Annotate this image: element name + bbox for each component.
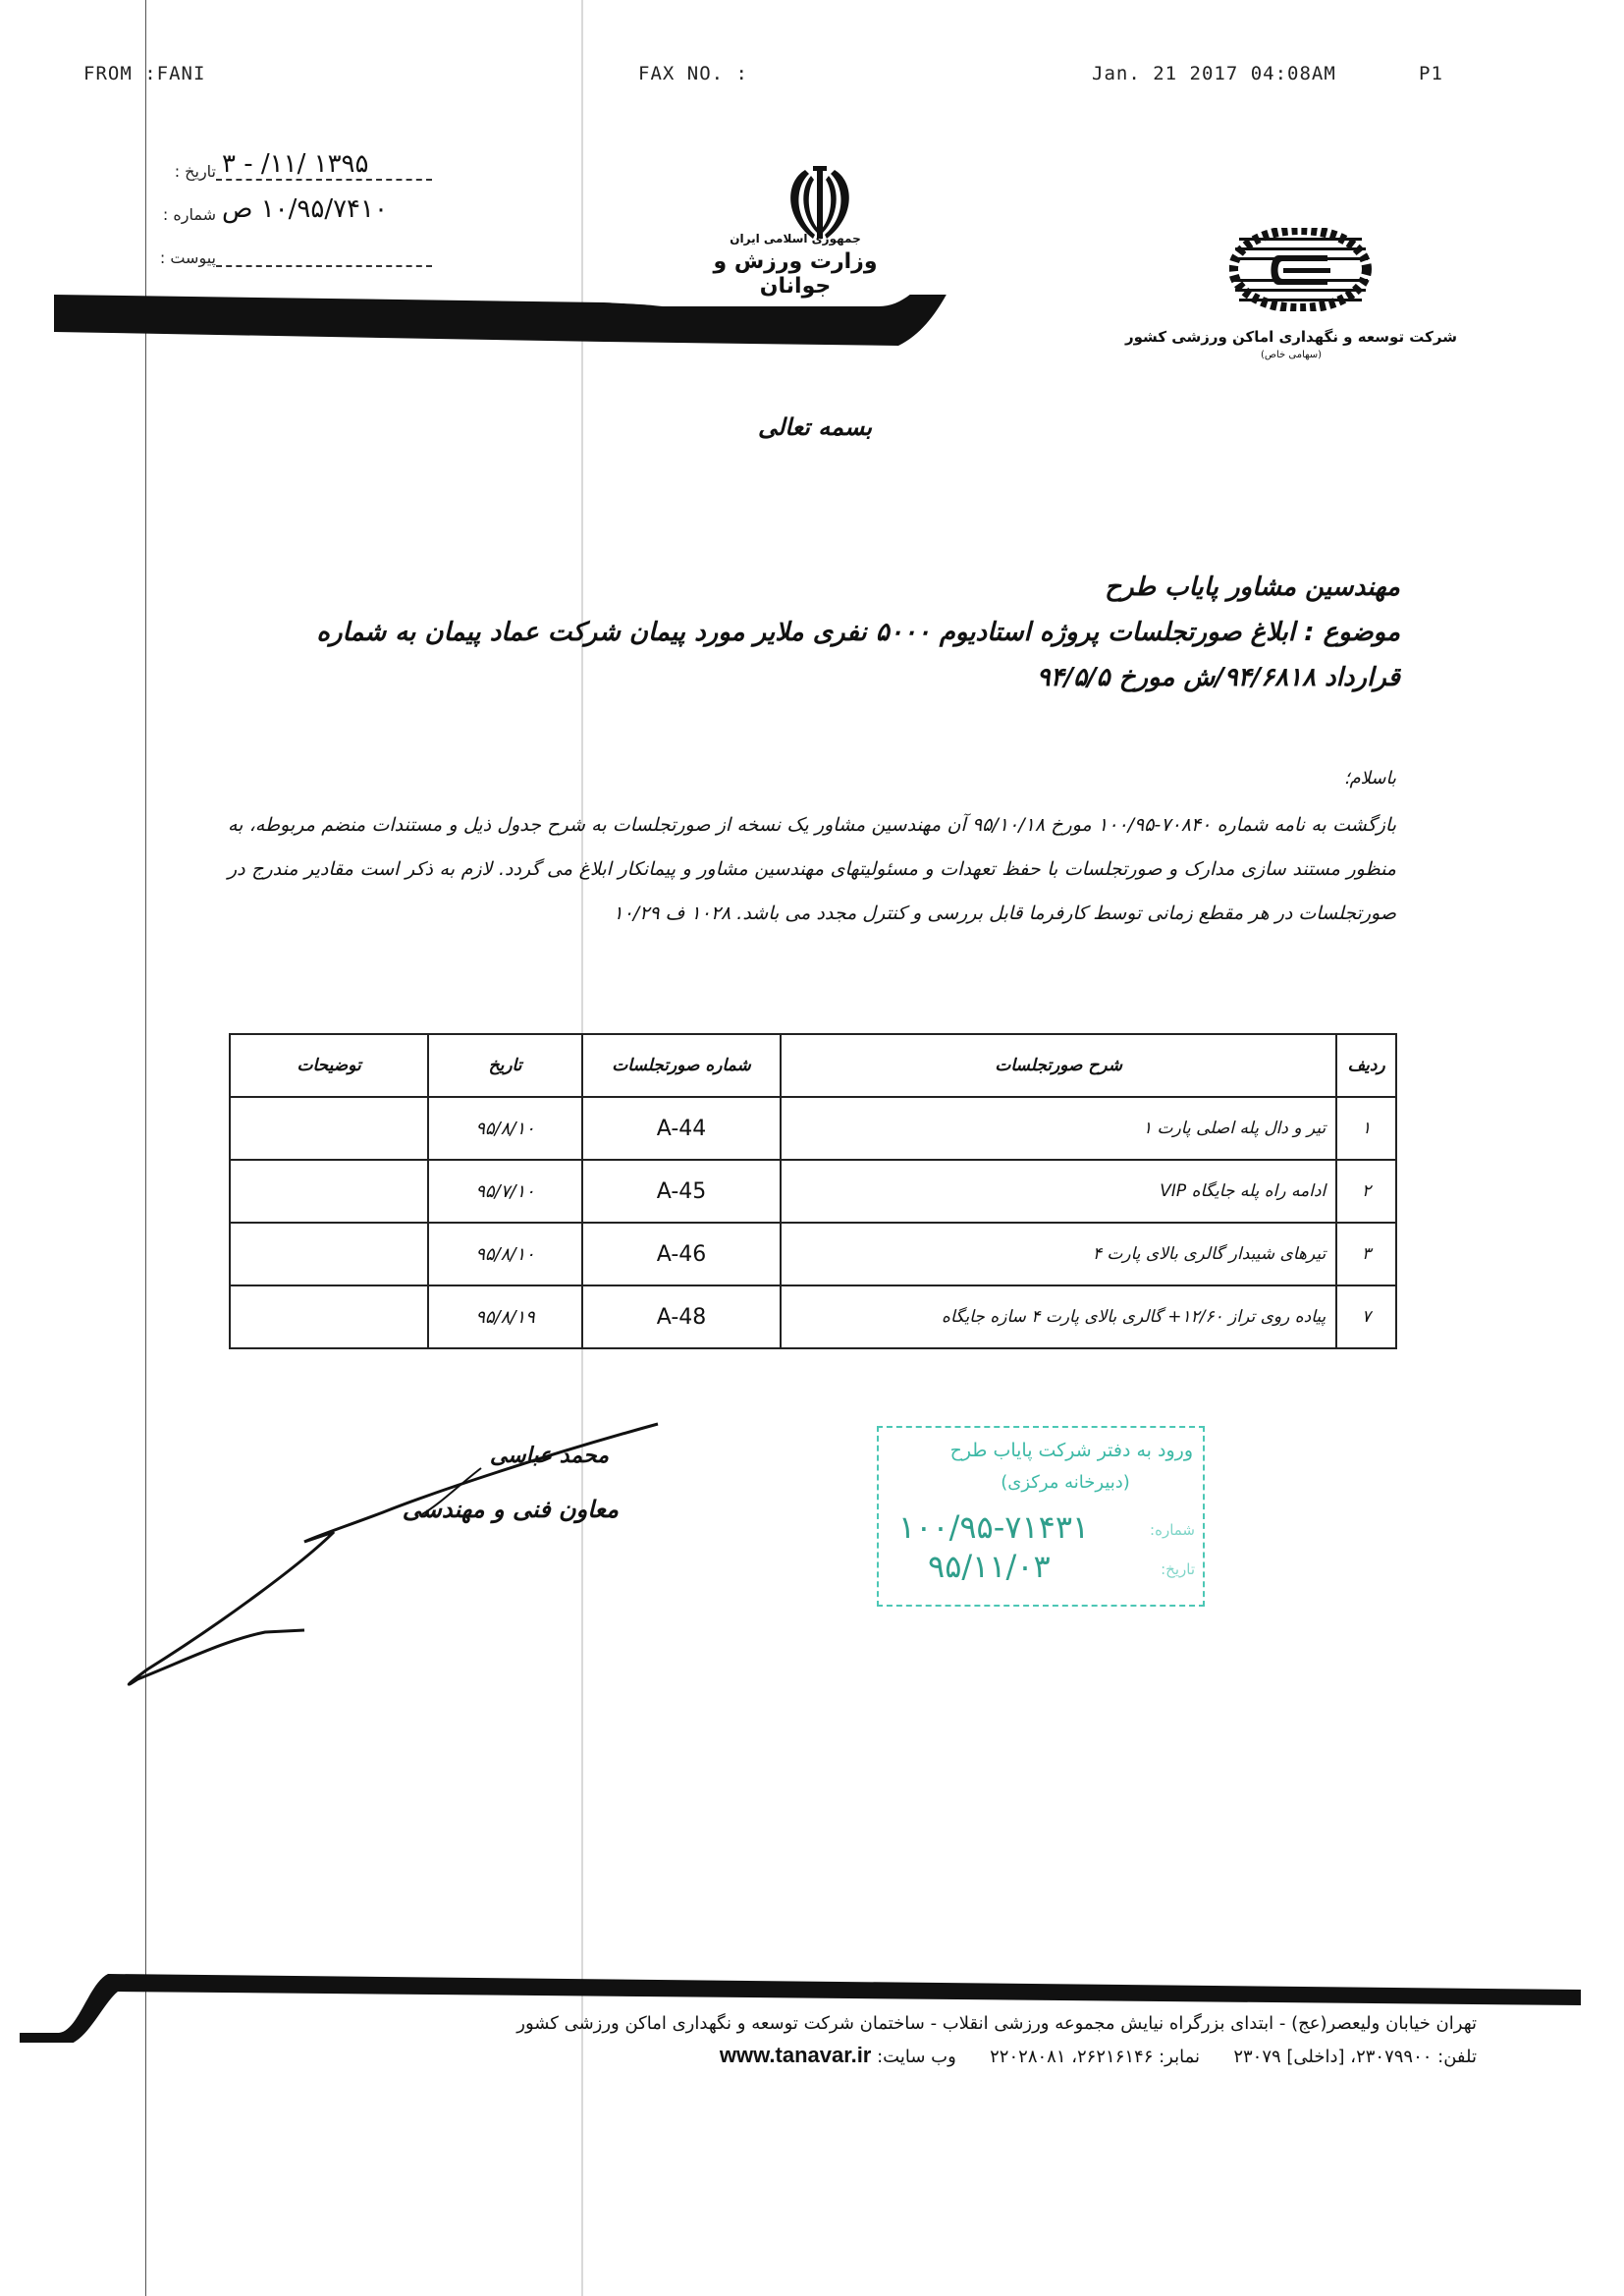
cell-number: A-44 bbox=[582, 1097, 781, 1160]
reference-block: تاریخ : ۱۳۹۵ /۱۱/ - ۳ شماره : ۱۰/۹۵/۷۴۱۰… bbox=[137, 137, 432, 267]
cell-date: ۹۵/۸/۱۹ bbox=[428, 1285, 582, 1348]
signatory-name: محمد عباسی bbox=[412, 1444, 609, 1468]
cell-notes bbox=[230, 1160, 428, 1223]
stamp-number-value: ۱۰۰/۹۵-۷۱۴۳۱ bbox=[898, 1508, 1089, 1546]
cell-row: ۲ bbox=[1336, 1160, 1396, 1223]
table-row: ۷ پیاده روی تراز ۱۲/۶۰+ گالری بالای پارت… bbox=[230, 1285, 1396, 1348]
footer-contact: تلفن: ۲۳۰۷۹۹۰۰، [داخلی] ۲۳۰۷۹ نمابر: ۲۶۲… bbox=[720, 2043, 1477, 2068]
fax-timestamp: Jan. 21 2017 04:08AM bbox=[1092, 63, 1336, 84]
cell-date: ۹۵/۸/۱۰ bbox=[428, 1097, 582, 1160]
fax-from: FROM :FANI bbox=[83, 63, 205, 84]
company-type: (سهامی خاص) bbox=[1208, 350, 1375, 360]
minutes-table: ردیف شرح صورتجلسات شماره صورتجلسات تاریخ… bbox=[229, 1033, 1397, 1349]
col-date: تاریخ bbox=[428, 1034, 582, 1097]
cell-date: ۹۵/۸/۱۰ bbox=[428, 1223, 582, 1285]
signatory-title: معاون فنی و مهندسی bbox=[353, 1496, 619, 1523]
table-row: ۲ ادامه راه پله جایگاه VIP A-45 ۹۵/۷/۱۰ bbox=[230, 1160, 1396, 1223]
ref-number-value: ۱۰/۹۵/۷۴۱۰ ص bbox=[216, 194, 432, 224]
stamp-date-label: تاریخ: bbox=[1161, 1560, 1195, 1578]
subject-line-1: موضوع : ابلاغ صورتجلسات پروژه استادیوم ۵… bbox=[222, 610, 1400, 655]
ref-date-value: ۱۳۹۵ /۱۱/ - ۳ bbox=[216, 149, 432, 181]
cell-number: A-46 bbox=[582, 1223, 781, 1285]
fax-page: P1 bbox=[1419, 63, 1443, 84]
col-notes: توضیحات bbox=[230, 1034, 428, 1097]
stamp-line-2: (دبیرخانه مرکزی) bbox=[957, 1472, 1173, 1493]
footer-website-label: وب سایت: bbox=[877, 2047, 956, 2067]
table-row: ۱ تیر و دال پله اصلی پارت ۱ A-44 ۹۵/۸/۱۰ bbox=[230, 1097, 1396, 1160]
greeting: باسلام؛ bbox=[1344, 768, 1396, 789]
ref-attachment-row: پیوست : bbox=[137, 224, 432, 267]
ministry-name: وزارت ورزش و جوانان bbox=[677, 249, 913, 299]
ref-date-label: تاریخ : bbox=[137, 162, 216, 181]
stamp-line-1: ورود به دفتر شرکت پایاب طرح bbox=[889, 1440, 1193, 1461]
col-row: ردیف bbox=[1336, 1034, 1396, 1097]
stamp-number-label: شماره: bbox=[1150, 1521, 1195, 1539]
cell-row: ۳ bbox=[1336, 1223, 1396, 1285]
cell-description: پیاده روی تراز ۱۲/۶۰+ گالری بالای پارت ۴… bbox=[781, 1285, 1336, 1348]
footer-address: تهران خیابان ولیعصر(عج) - ابتدای بزرگراه… bbox=[516, 2013, 1477, 2034]
col-number: شماره صورتجلسات bbox=[582, 1034, 781, 1097]
col-description: شرح صورتجلسات bbox=[781, 1034, 1336, 1097]
cell-number: A-45 bbox=[582, 1160, 781, 1223]
footer-website-link[interactable]: www.tanavar.ir bbox=[720, 2043, 871, 2067]
table-header-row: ردیف شرح صورتجلسات شماره صورتجلسات تاریخ… bbox=[230, 1034, 1396, 1097]
footer-fax: نمابر: ۲۶۲۱۶۱۴۶، ۲۲۰۲۸۰۸۱ bbox=[990, 2047, 1200, 2067]
cell-notes bbox=[230, 1223, 428, 1285]
company-name: شرکت توسعه و نگهداری اماکن ورزشی کشور bbox=[1110, 328, 1473, 346]
cell-notes bbox=[230, 1285, 428, 1348]
subject-line-2: قرارداد ۹۴/۶۸۱۸/ش مورخ ۹۴/۵/۵ bbox=[222, 655, 1400, 700]
addressee: مهندسین مشاور پایاب طرح bbox=[222, 565, 1400, 610]
fax-number: FAX NO. : bbox=[638, 63, 748, 84]
ref-number-row: شماره : ۱۰/۹۵/۷۴۱۰ ص bbox=[137, 181, 432, 224]
signature-scribble-icon bbox=[108, 1404, 697, 1699]
cell-date: ۹۵/۷/۱۰ bbox=[428, 1160, 582, 1223]
receipt-stamp: ورود به دفتر شرکت پایاب طرح (دبیرخانه مر… bbox=[877, 1426, 1205, 1607]
header-band-decoration bbox=[54, 295, 1036, 354]
cell-description: تیر و دال پله اصلی پارت ۱ bbox=[781, 1097, 1336, 1160]
footer-phone: تلفن: ۲۳۰۷۹۹۰۰، [داخلی] ۲۳۰۷۹ bbox=[1233, 2047, 1477, 2067]
company-logo-icon bbox=[1229, 228, 1372, 311]
cell-row: ۷ bbox=[1336, 1285, 1396, 1348]
cell-notes bbox=[230, 1097, 428, 1160]
ref-attachment-value bbox=[216, 265, 432, 267]
letter-body: بازگشت به نامه شماره ۷۰۸۴۰-۱۰۰/۹۵ مورخ ۹… bbox=[228, 803, 1396, 936]
cell-number: A-48 bbox=[582, 1285, 781, 1348]
ref-attachment-label: پیوست : bbox=[137, 248, 216, 267]
table-row: ۳ تیرهای شیبدار گالری بالای پارت ۴ A-46 … bbox=[230, 1223, 1396, 1285]
stamp-date-value: ۹۵/۱۱/۰۳ bbox=[928, 1548, 1051, 1585]
letter-heading: مهندسین مشاور پایاب طرح موضوع : ابلاغ صو… bbox=[222, 565, 1400, 700]
country-name: جمهوری اسلامی ایران bbox=[687, 232, 903, 246]
ref-date-row: تاریخ : ۱۳۹۵ /۱۱/ - ۳ bbox=[137, 137, 432, 181]
cell-row: ۱ bbox=[1336, 1097, 1396, 1160]
cell-description: تیرهای شیبدار گالری بالای پارت ۴ bbox=[781, 1223, 1336, 1285]
bismillah: بسمه تعالی bbox=[746, 412, 884, 441]
ref-number-label: شماره : bbox=[137, 205, 216, 224]
cell-description: ادامه راه پله جایگاه VIP bbox=[781, 1160, 1336, 1223]
